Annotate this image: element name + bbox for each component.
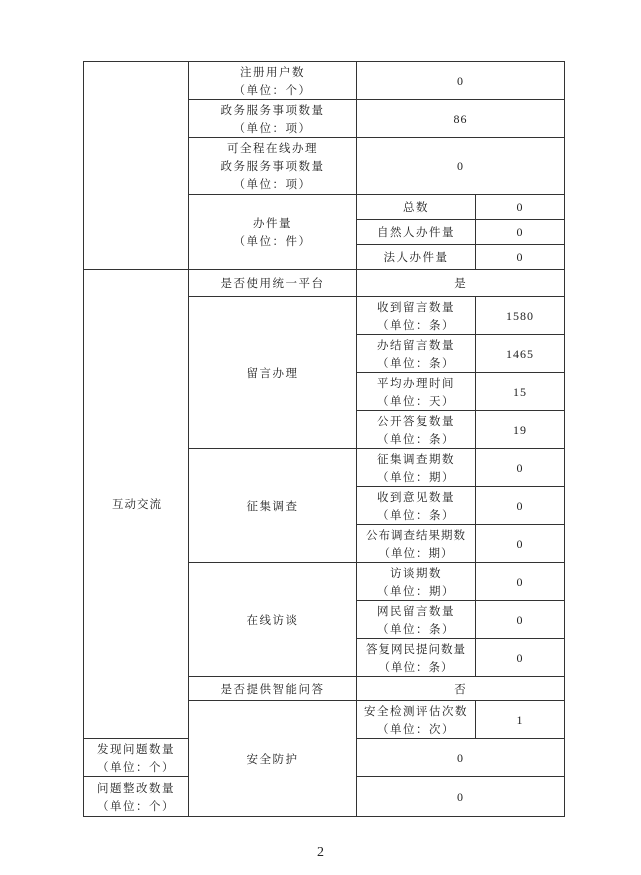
sub-value: 0 xyxy=(476,449,565,487)
row-label: 安全检测评估次数（单位：次） xyxy=(357,701,476,739)
sub-value: 0 xyxy=(476,639,565,677)
row-value: 0 xyxy=(357,138,565,195)
row-label: 政务服务事项数量（单位：项） xyxy=(189,100,357,138)
table-row: 互动交流 是否使用统一平台 是 xyxy=(84,270,565,297)
sub-label: 法人办件量 xyxy=(357,245,476,270)
handling-label: 办件量（单位：件） xyxy=(189,195,357,270)
row-value: 0 xyxy=(357,739,565,777)
sub-value: 0 xyxy=(476,563,565,601)
sub-value: 0 xyxy=(476,601,565,639)
row-value: 是 xyxy=(357,270,565,297)
sub-value: 0 xyxy=(476,525,565,563)
row-label: 是否提供智能问答 xyxy=(189,677,357,701)
sub-value: 0 xyxy=(476,245,565,270)
row-label: 注册用户数（单位：个） xyxy=(189,62,357,100)
category-cell-security: 安全防护 xyxy=(189,701,357,817)
page-number: 2 xyxy=(0,845,641,861)
survey-label: 征集调查 xyxy=(189,449,357,563)
sub-label: 总数 xyxy=(357,195,476,220)
sub-value: 0 xyxy=(476,220,565,245)
sub-label: 收到留言数量（单位：条） xyxy=(357,297,476,335)
sub-label: 收到意见数量（单位：条） xyxy=(357,487,476,525)
sub-label: 自然人办件量 xyxy=(357,220,476,245)
sub-label: 公布调查结果期数（单位：期） xyxy=(357,525,476,563)
sub-label: 网民留言数量（单位：条） xyxy=(357,601,476,639)
sub-label: 平均办理时间（单位：天） xyxy=(357,373,476,411)
sub-label: 征集调查期数（单位：期） xyxy=(357,449,476,487)
row-label: 发现问题数量（单位：个） xyxy=(84,739,189,777)
row-label: 是否使用统一平台 xyxy=(189,270,357,297)
row-value: 0 xyxy=(357,777,565,817)
sub-label: 访谈期数（单位：期） xyxy=(357,563,476,601)
row-label: 问题整改数量（单位：个） xyxy=(84,777,189,817)
row-value: 86 xyxy=(357,100,565,138)
table-row: 注册用户数（单位：个） 0 xyxy=(84,62,565,100)
sub-value: 1580 xyxy=(476,297,565,335)
category-cell-service xyxy=(84,62,189,270)
sub-value: 1465 xyxy=(476,335,565,373)
row-value: 否 xyxy=(357,677,565,701)
messages-label: 留言办理 xyxy=(189,297,357,449)
row-value: 0 xyxy=(357,62,565,100)
sub-label: 办结留言数量（单位：条） xyxy=(357,335,476,373)
interview-label: 在线访谈 xyxy=(189,563,357,677)
sub-value: 15 xyxy=(476,373,565,411)
sub-value: 0 xyxy=(476,487,565,525)
sub-value: 19 xyxy=(476,411,565,449)
sub-label: 公开答复数量（单位：条） xyxy=(357,411,476,449)
category-cell-interaction: 互动交流 xyxy=(84,270,189,739)
statistics-table: 注册用户数（单位：个） 0 政务服务事项数量（单位：项） 86 可全程在线办理政… xyxy=(83,61,565,817)
sub-value: 0 xyxy=(476,195,565,220)
row-label: 可全程在线办理政务服务事项数量（单位：项） xyxy=(189,138,357,195)
row-value: 1 xyxy=(476,701,565,739)
sub-label: 答复网民提问数量（单位：条） xyxy=(357,639,476,677)
